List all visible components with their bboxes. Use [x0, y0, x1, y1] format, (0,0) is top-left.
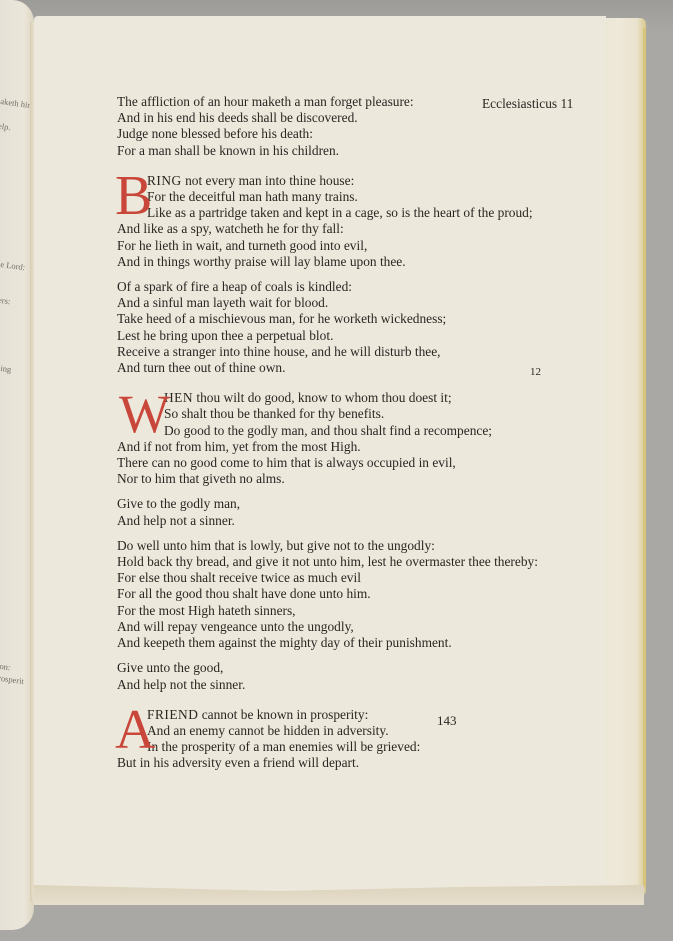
small-caps-word: HEN — [164, 390, 193, 405]
verse-line: And keepeth them against the mighty day … — [117, 635, 557, 651]
stanza: The affliction of an hour maketh a man f… — [117, 94, 557, 159]
left-page-fragment: ners: — [0, 294, 11, 306]
drop-cap: A — [115, 704, 155, 756]
left-page-edge: maketh him help. the Lord: ners: thing s… — [0, 0, 34, 930]
verse-line: And help not the sinner. — [117, 677, 557, 693]
verse-line: Take heed of a mischievous man, for he w… — [117, 311, 557, 327]
left-page-fragment: prosperit — [0, 672, 25, 686]
verse-line: And a sinful man layeth wait for blood. — [117, 295, 557, 311]
verse-line: But in his adversity even a friend will … — [117, 755, 557, 771]
verse-line: In the prosperity of a man enemies will … — [117, 739, 557, 755]
left-page-fragment: maketh him — [0, 95, 34, 111]
verse-line: For the deceitful man hath many trains. — [117, 189, 557, 205]
verse-line: And turn thee out of thine own. — [117, 360, 557, 376]
verse-line: And help not a sinner. — [117, 513, 557, 529]
verse-line: And will repay vengeance unto the ungodl… — [117, 619, 557, 635]
verse-line: The affliction of an hour maketh a man f… — [117, 94, 557, 110]
verse-line: RING not every man into thine house: — [117, 173, 557, 189]
left-page-fragment: sion: — [0, 660, 11, 672]
verse-line: Receive a stranger into thine house, and… — [117, 344, 557, 360]
verse-line: For else thou shalt receive twice as muc… — [117, 570, 557, 586]
stanza: Do well unto him that is lowly, but give… — [117, 538, 557, 651]
stanza: Give to the godly man, And help not a si… — [117, 496, 557, 528]
verse-line: Lest he bring upon thee a perpetual blot… — [117, 328, 557, 344]
left-page-fragment: thing — [0, 362, 12, 374]
verse-line: And an enemy cannot be hidden in adversi… — [117, 723, 557, 739]
verse-line: HEN thou wilt do good, know to whom thou… — [117, 390, 557, 406]
verse-line: For he lieth in wait, and turneth good i… — [117, 238, 557, 254]
verse-line: Judge none blessed before his death: — [117, 126, 557, 142]
verse-line: There can no good come to him that is al… — [117, 455, 557, 471]
verse-line: And like as a spy, watcheth he for thy f… — [117, 221, 557, 237]
verse-line: Do good to the godly man, and thou shalt… — [117, 423, 557, 439]
verse-line: Like as a partridge taken and kept in a … — [117, 205, 557, 221]
verse-line-text: cannot be known in prosperity: — [198, 707, 368, 722]
left-page-fragment: help. — [0, 120, 11, 132]
verse-line: For all the good thou shalt have done un… — [117, 586, 557, 602]
drop-cap: W — [119, 388, 164, 440]
verse-line: And if not from him, yet from the most H… — [117, 439, 557, 455]
verse-line: And in things worthy praise will lay bla… — [117, 254, 557, 270]
stanza: A FRIEND cannot be known in prosperity: … — [117, 707, 557, 772]
verse-line: Give to the godly man, — [117, 496, 557, 512]
verse-line: FRIEND cannot be known in prosperity: — [117, 707, 557, 723]
verse-line: So shalt thou be thanked for thy benefit… — [117, 406, 557, 422]
verse-line: And in his end his deeds shall be discov… — [117, 110, 557, 126]
page-stack-edge — [600, 18, 646, 896]
stanza: B RING not every man into thine house: F… — [117, 173, 557, 270]
verse-line: Hold back thy bread, and give it not unt… — [117, 554, 557, 570]
left-page-fragment: the Lord: — [0, 258, 26, 272]
verse-line-text: not every man into thine house: — [182, 173, 355, 188]
verse-line: Nor to him that giveth no alms. — [117, 471, 557, 487]
stanza: Of a spark of fire a heap of coals is ki… — [117, 279, 557, 376]
stanza: Give unto the good, And help not the sin… — [117, 660, 557, 692]
drop-cap: B — [115, 170, 152, 222]
verse-line: Do well unto him that is lowly, but give… — [117, 538, 557, 554]
stanza: W HEN thou wilt do good, know to whom th… — [117, 390, 557, 487]
verse-line: For the most High hateth sinners, — [117, 603, 557, 619]
verse-line: Give unto the good, — [117, 660, 557, 676]
verse-text: The affliction of an hour maketh a man f… — [117, 94, 557, 781]
verse-line: For a man shall be known in his children… — [117, 143, 557, 159]
verse-line: Of a spark of fire a heap of coals is ki… — [117, 279, 557, 295]
verse-line-text: thou wilt do good, know to whom thou doe… — [193, 390, 452, 405]
